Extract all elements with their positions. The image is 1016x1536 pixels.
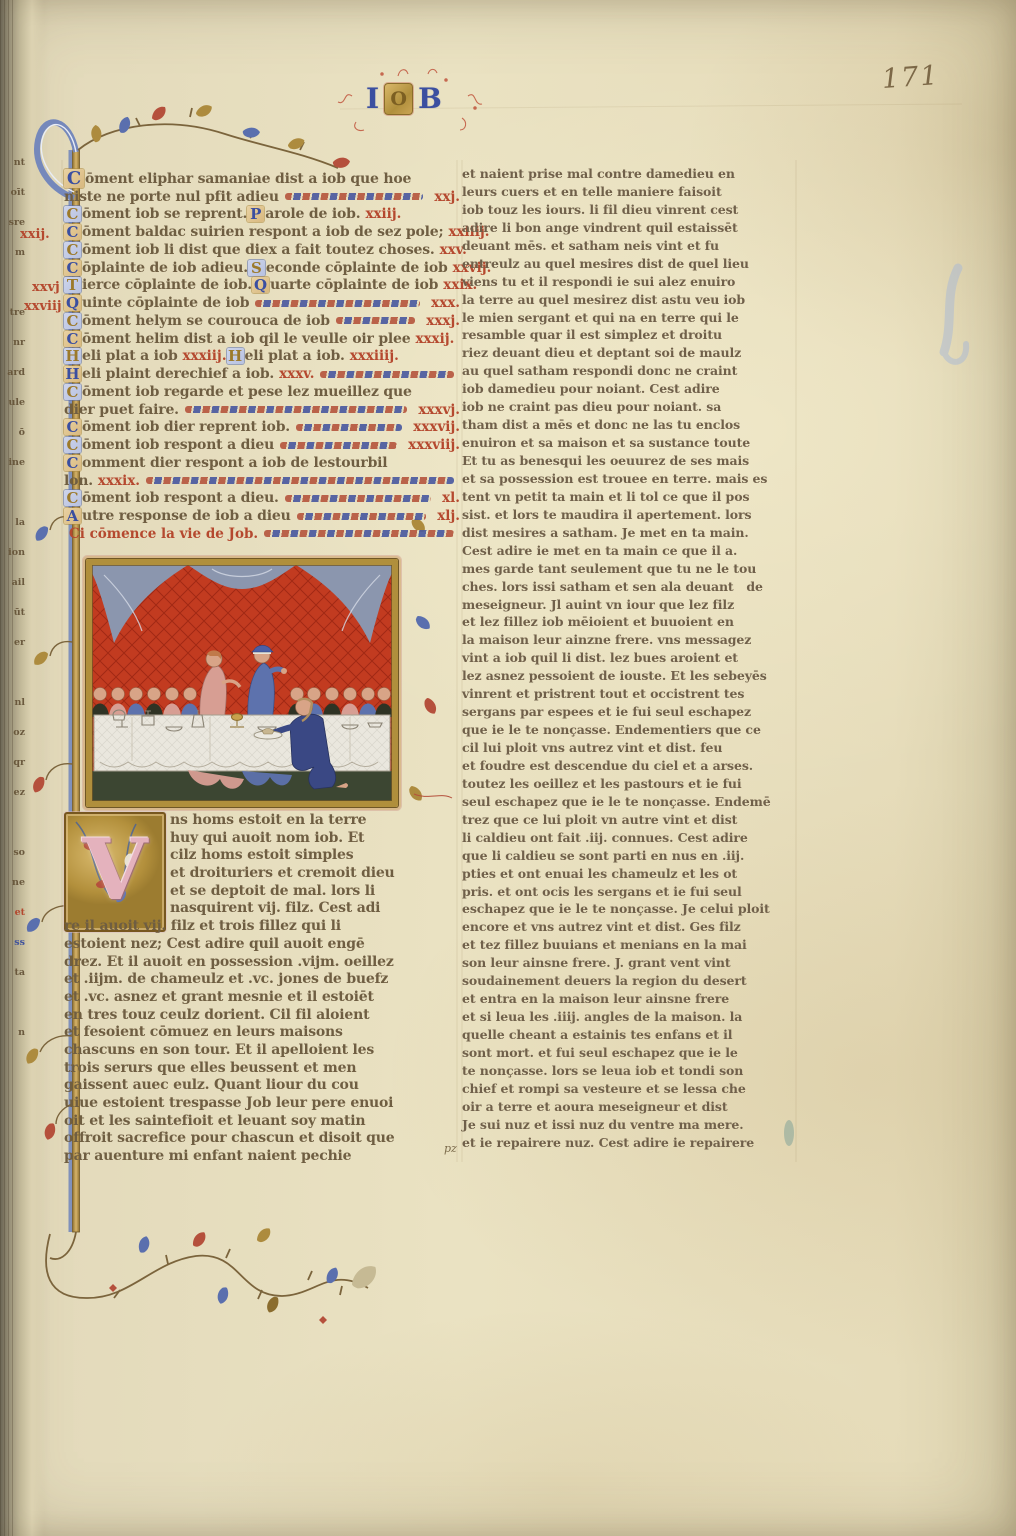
chapter-initial: C	[64, 206, 81, 222]
line-filler	[296, 424, 402, 431]
gutter-fragment	[0, 988, 27, 1018]
toc-line: Quinte cōplainte de iobxxx.	[64, 294, 460, 312]
ivy-leaf-icon	[332, 154, 351, 172]
toc-line: Heli plaint derechief a iob.xxxv.	[64, 365, 460, 383]
chapter-initial: C	[64, 169, 84, 188]
ivy-leaf-icon	[150, 106, 167, 121]
toc-entry-text: ōment helim dist a iob qil le veulle oir…	[82, 331, 410, 347]
line-filler	[336, 317, 415, 324]
chapter-number: xxxiiij.	[345, 348, 399, 364]
margin-chapter-number: xxvj	[32, 280, 60, 295]
text-line: adire li bon ange vindrent quil estaissē…	[462, 219, 802, 237]
chapter-number: Ci cōmence la vie de Job.	[64, 526, 258, 542]
vine-node	[319, 1316, 327, 1324]
toc-entry-text: ōment iob li dist que diex a fait toutez…	[82, 242, 435, 258]
gutter-fragment: ta	[0, 958, 27, 988]
text-line: et si leua les .iiij. angles de la maiso…	[462, 1008, 802, 1026]
text-line: dist mesires a satham. Je met en ta main…	[462, 524, 802, 542]
toc-entry-text: arole de iob.	[265, 206, 360, 222]
chapter-number: xl.	[437, 490, 460, 506]
text-line: pris. et ont ocis les sergans et ie fui …	[462, 883, 802, 901]
text-line: oir a terre et aoura meseigneur et dist	[462, 1098, 802, 1116]
gutter-fragment: tre	[0, 298, 27, 328]
toc-entry-text: eli plat a iob.	[245, 348, 345, 364]
toc-entry-text: uinte cōplainte de iob	[82, 295, 249, 311]
text-line: vint a iob quil li dist. lez bues aroien…	[462, 649, 802, 667]
chapter-initial: H	[227, 348, 244, 364]
chapter-initial: H	[64, 348, 81, 364]
chapter-initial: C	[64, 419, 81, 435]
ivy-leaf-icon	[350, 1265, 378, 1289]
chapter-initial: H	[64, 366, 81, 382]
chapter-initial: Q	[64, 295, 81, 311]
gutter-fragment: nt	[0, 148, 27, 178]
toc-line: Tierce cōplainte de iob.Quarte cōplainte…	[64, 277, 460, 295]
text-line: eschapez que ie le te nonçasse. Je celui…	[462, 900, 802, 918]
line-filler	[285, 495, 431, 502]
toc-entry-text: ōment iob respont a dieu.	[82, 490, 279, 506]
gutter-fragment: ard	[0, 358, 27, 388]
gutter-fragment: ail	[0, 568, 27, 598]
gutter-fragment: so	[0, 838, 27, 868]
gutter-fragment: la	[0, 508, 27, 538]
toc-line: Cōment iob respont a dieu.xl.	[64, 490, 460, 508]
toc-entry-text: dier puet faire.	[64, 402, 179, 418]
line-filler	[320, 371, 454, 378]
text-line: toutez les oeillez et les pastours et ie…	[462, 775, 802, 793]
line-filler	[280, 442, 397, 449]
chapter-initial: C	[64, 331, 81, 347]
text-line: estoient nez; Cest adire quil auoit engē	[64, 936, 460, 954]
toc-entry-text: ōment iob respont a dieu	[82, 437, 274, 453]
toc-entry-text: ōplainte de iob adieu.	[82, 260, 248, 276]
text-line: vinrent et pristrent tout et occistrent …	[462, 685, 802, 703]
text-line: et tez fillez buuians et menians en la m…	[462, 936, 802, 954]
left-body-full: re il auoit vij. filz et trois fillez qu…	[64, 918, 460, 1166]
text-line: drez. Et il auoit en possession .vijm. o…	[64, 954, 460, 972]
gutter-fragment: m	[0, 238, 27, 268]
running-title-letter: I	[366, 82, 379, 115]
ivy-leaf-icon	[415, 614, 431, 632]
toc-entry-text: ōment baldac suirien respont a iob de se…	[82, 224, 443, 240]
chapter-number: xxxviij.	[403, 437, 460, 453]
text-line: cilz homs estoit simples	[170, 847, 460, 865]
gutter-fragment: qr	[0, 748, 27, 778]
chapter-initial: C	[64, 384, 81, 400]
text-line: Et tu as benesqui les oeuurez de ses mai…	[462, 452, 802, 470]
ivy-leaf-icon	[424, 698, 437, 714]
chapter-initial: C	[64, 313, 81, 329]
ivy-leaf-icon	[409, 785, 422, 801]
gutter-fragment	[0, 478, 27, 508]
toc-line: Comment dier respont a iob de lestourbil	[64, 454, 460, 472]
gutter-fragment: nl	[0, 688, 27, 718]
text-line: seul eschapez que ie le te nonçasse. End…	[462, 793, 802, 811]
chapter-initial: C	[64, 455, 81, 471]
intercolumn-leaves	[409, 516, 452, 801]
text-line: te nonçasse. lors se leua iob et tondi s…	[462, 1062, 802, 1080]
text-line: soudainement deuers la region du desert	[462, 972, 802, 990]
ivy-leaf-icon	[322, 1267, 341, 1285]
toc-line: lon.xxxix.	[64, 472, 460, 490]
text-line: sergans par espees et ie fui seul eschap…	[462, 703, 802, 721]
text-line: que ie le te nonçasse. Endementiers que …	[462, 721, 802, 739]
gutter-fragment: ion	[0, 538, 27, 568]
gutter-fragment: ne	[0, 868, 27, 898]
chapter-number: xxxvij.	[408, 419, 460, 435]
text-line: et .vc. asnez et grant mesnie et il esto…	[64, 989, 460, 1007]
text-line: oit et les saintefioit et leuant soy mat…	[64, 1113, 460, 1131]
manuscript-page: ntoītsremtrenrarduleōinelaionailūternloz…	[0, 0, 1016, 1536]
chapter-initial: S	[248, 260, 265, 276]
chapter-number: xxxiij.	[178, 348, 227, 364]
text-line: et entra en la maison leur ainsne frere	[462, 990, 802, 1008]
text-line: trez que ce lui ploit vn autre vint et d…	[462, 811, 802, 829]
toc-entry-text: eli plat a iob	[82, 348, 178, 364]
running-title-letter: B	[418, 82, 442, 115]
text-line: chief et rompi sa vesteure et se lessa c…	[462, 1080, 802, 1098]
toc-entry-text: ōment iob se reprent.	[82, 206, 247, 222]
text-line: encore et vns autrez vint et dist. Ges f…	[462, 918, 802, 936]
gutter-fragment: ez	[0, 778, 27, 808]
text-line: le mien sergant et qui na en terre qui l…	[462, 309, 802, 327]
chapter-initial: C	[64, 437, 81, 453]
text-line: trois serurs que elles beussent et men	[64, 1060, 460, 1078]
chapter-initial: C	[64, 490, 81, 506]
chapter-initial: A	[64, 508, 81, 524]
running-title-letter-decorated: O	[384, 83, 413, 115]
gutter-fragment: oz	[0, 718, 27, 748]
text-line: ches. lors issi satham et sen ala deuant…	[462, 578, 802, 596]
toc-entry-text: ōment iob dier reprent iob.	[82, 419, 290, 435]
line-filler	[185, 406, 408, 413]
gutter-fragment	[0, 658, 27, 688]
toc-line: Autre response de iob a dieuxlj.	[64, 507, 460, 525]
ivy-leaf-icon	[213, 1286, 232, 1305]
toc-list: Cōment eliphar samaniae dist a iob que h…	[64, 170, 460, 543]
margin-chapter-number: xxij.	[20, 227, 50, 242]
text-line: nasquirent vij. filz. Cest adi	[170, 900, 460, 918]
text-line: tent vn petit ta main et li tol ce que i…	[462, 488, 802, 506]
text-line: sist. et lors te maudira il apertement. …	[462, 506, 802, 524]
chapter-initial: P	[247, 206, 264, 222]
gutter-fragments: ntoītsremtrenrarduleōinelaionailūternloz…	[0, 148, 27, 1048]
vine-node	[109, 1284, 117, 1292]
toc-entry-text: uarte cōplainte de iob	[270, 277, 438, 293]
toc-entry-text: utre response de iob a dieu	[82, 508, 291, 524]
ghost-offset-mark	[944, 268, 966, 362]
text-line: et naient prise mal contre damedieu en	[462, 165, 802, 183]
ivy-leaf-icon	[241, 123, 260, 141]
text-line: et se deptoit de mal. lors li	[170, 883, 460, 901]
margin-chapter-number: xxviij	[24, 299, 62, 314]
gutter-fragment	[0, 808, 27, 838]
text-line: iob touz les iours. li fil dieu vinrent …	[462, 201, 802, 219]
left-body-indent: ns homs estoit en la terrehuy qui auoit …	[170, 812, 460, 918]
toc-line: Cōment iob se reprent.Parole de iob.xxii…	[64, 206, 460, 224]
toc-line: dier puet faire.xxxvj.	[64, 401, 460, 419]
toc-entry-text: ōment eliphar samaniae dist a iob que ho…	[85, 171, 411, 187]
chapter-number: xxxj.	[421, 313, 460, 329]
toc-entry-text: omment dier respont a iob de lestourbil	[82, 455, 387, 471]
text-line: pties et ont enuai les chameulz et les o…	[462, 865, 802, 883]
right-column-text: et naient prise mal contre damedieu enle…	[462, 165, 802, 1152]
text-line: et fesoient cōmuez en leurs maisons	[64, 1024, 460, 1042]
ivy-leaf-icon	[196, 104, 212, 118]
text-line: et ie repairere nuz. Cest adire ie repai…	[462, 1134, 802, 1152]
text-line: cil lui ploit vns autrez vint et dist. f…	[462, 739, 802, 757]
line-filler	[285, 193, 423, 200]
text-line: sont mort. et fui seul eschapez que ie l…	[462, 1044, 802, 1062]
text-line: meseigneur. Jl auint vn iour que lez fil…	[462, 596, 802, 614]
text-line: tham dist a mēs et donc ne las tu enclos	[462, 416, 802, 434]
gutter-fragment	[0, 268, 27, 298]
text-line: leurs cuers et en telle maniere faisoit	[462, 183, 802, 201]
toc-entry-text: econde cōplainte de iob	[266, 260, 448, 276]
text-line: en tres touz ceulz dorient. Cil fil aloi…	[64, 1007, 460, 1025]
text-line: huy qui auoit nom iob. Et	[170, 830, 460, 848]
text-line: et .iijm. de chameulz et .vc. jones de b…	[64, 971, 460, 989]
toc-line: Cōment helym se courouca de iobxxxj.	[64, 312, 460, 330]
text-line: quelle cheant a estainis tes enfans et i…	[462, 1026, 802, 1044]
text-line: la maison leur ainzne frere. vns message…	[462, 631, 802, 649]
text-line: ns homs estoit en la terre	[170, 812, 460, 830]
miniature-feast-of-jobs-children	[86, 559, 398, 807]
chapter-initial: C	[64, 224, 81, 240]
text-line: resamble quar il est simplez et droitu	[462, 326, 802, 344]
gutter-fragment: ō	[0, 418, 27, 448]
gutter-fragment: oīt	[0, 178, 27, 208]
text-line: li caldieu ont fait .iij. connues. Cest …	[462, 829, 802, 847]
ivy-vine-top	[78, 108, 338, 168]
toc-line: Cōment iob respont a dieuxxxviij.	[64, 436, 460, 454]
line-filler	[146, 477, 454, 484]
text-line: enuiron et sa maison et sa sustance tout…	[462, 434, 802, 452]
text-line: Cest adire ie met en ta main ce que il a…	[462, 542, 802, 560]
toc-line: Cōment iob regarde et pese lez mueillez …	[64, 383, 460, 401]
ivy-leaf-icon	[190, 1231, 208, 1248]
chapter-number: xxxix.	[93, 473, 140, 489]
chapter-number: xxiij.	[360, 206, 401, 222]
text-line: offroit sacrefice pour chascun et disoit…	[64, 1130, 460, 1148]
toc-line: Cōment helim dist a iob qil le veulle oi…	[64, 330, 460, 348]
toc-line: Cōment iob li dist que diex a fait toute…	[64, 241, 460, 259]
text-line: son leur ainsne frere. J. grant vent vin…	[462, 954, 802, 972]
chapter-initial: C	[64, 242, 81, 258]
text-line: par auenture mi enfant naient pechie	[64, 1148, 460, 1166]
ivy-leaf-icon	[134, 1235, 153, 1254]
ivy-leaf-icon	[87, 124, 105, 143]
toc-entry-text: ōment helym se courouca de iob	[82, 313, 330, 329]
chapter-number: xlj.	[432, 508, 460, 524]
text-line: iob damedieu pour noiant. Cest adire	[462, 380, 802, 398]
text-line: et droituriers et cremoit dieu	[170, 865, 460, 883]
chapter-initial: Q	[252, 277, 269, 293]
gutter-fragment: ine	[0, 448, 27, 478]
toc-entry-text: eli plaint derechief a iob.	[82, 366, 274, 382]
text-line: lez asnez pessoient de iouste. Et les se…	[462, 667, 802, 685]
text-line: Je sui nuz et issi nuz du ventre ma mere…	[462, 1116, 802, 1134]
line-filler	[264, 530, 454, 537]
gutter-fragment: ule	[0, 388, 27, 418]
chapter-number: xxxij.	[410, 331, 454, 347]
gutter-fragment: n	[0, 1018, 27, 1048]
toc-line: Cōment baldac suirien respont a iob de s…	[64, 223, 460, 241]
toc-line: Ci cōmence la vie de Job.	[64, 525, 460, 543]
text-line: riez deuant dieu et deptant soi de maulz	[462, 344, 802, 362]
gutter-fragment: er	[0, 628, 27, 658]
toc-line: niste ne porte nul pfit adieuxxj.	[64, 188, 460, 206]
toc-entry-text: lon.	[64, 473, 93, 489]
line-filler	[297, 513, 427, 520]
chapter-number: xxj.	[429, 189, 460, 205]
text-line: que li caldieu se sont parti en nus en .…	[462, 847, 802, 865]
gutter-fragment: et	[0, 898, 27, 928]
text-line: mes garde tant seulement que tu ne le to…	[462, 560, 802, 578]
text-line: iob ne craint pas dieu pour noiant. sa	[462, 398, 802, 416]
ivy-leaf-icon	[115, 116, 134, 135]
toc-line: Heli plat a iobxxxiij.Heli plat a iob.xx…	[64, 348, 460, 366]
scribal-mark: pz	[444, 1142, 457, 1155]
running-title: I O B	[366, 82, 442, 115]
toc-entry-text: ierce cōplainte de iob.	[82, 277, 252, 293]
text-line: et lez fillez iob mēioient et buuoient e…	[462, 613, 802, 631]
chapter-initial: T	[64, 277, 81, 293]
text-line: gaissent auec eulz. Quant liour du cou	[64, 1077, 460, 1095]
chapter-initial: C	[64, 260, 81, 276]
ivy-leaf-icon	[287, 136, 304, 151]
text-line: chascuns en son tour. Et il apelloient l…	[64, 1042, 460, 1060]
text-line: et foudre est descendue du ciel et a ars…	[462, 757, 802, 775]
toc-line: Cōment iob dier reprent iob.xxxvij.	[64, 419, 460, 437]
ivy-leaf-icon	[255, 1228, 273, 1243]
folio-number: 171	[881, 60, 941, 95]
line-filler	[255, 300, 420, 307]
toc-line: Cōment eliphar samaniae dist a iob que h…	[64, 170, 460, 188]
ivy-vine-bottom	[46, 1232, 368, 1299]
text-line: deuant mēs. et satham neis vint et fu	[462, 237, 802, 255]
text-line: re il auoit vij. filz et trois fillez qu…	[64, 918, 460, 936]
chapter-number: xxx.	[426, 295, 460, 311]
toc-entry-text: niste ne porte nul pfit adieu	[64, 189, 279, 205]
toc-entry-text: ōment iob regarde et pese lez mueillez q…	[82, 384, 412, 400]
text-line: la terre au quel mesirez dist astu veu i…	[462, 291, 802, 309]
text-line: au quel satham respondi donc ne craint	[462, 362, 802, 380]
chapter-number: xxxv.	[274, 366, 314, 382]
ivy-leaf-icon	[263, 1295, 282, 1313]
gutter-fragment: nr	[0, 328, 27, 358]
left-column-text: ns homs estoit en la terrehuy qui auoit …	[64, 812, 460, 1166]
chapter-number: xxxvj.	[413, 402, 460, 418]
text-line: viens tu et il respondi ie sui alez enui…	[462, 273, 802, 291]
text-line: uiue estoient trespasse Job leur pere en…	[64, 1095, 460, 1113]
gutter-fragment: ss	[0, 928, 27, 958]
gutter-fragment: ūt	[0, 598, 27, 628]
toc-line: Cōplainte de iob adieu.Seconde cōplainte…	[64, 259, 460, 277]
text-line: et sa possession est trouee en terre. ma…	[462, 470, 802, 488]
text-line: entreulz au quel mesires dist de quel li…	[462, 255, 802, 273]
